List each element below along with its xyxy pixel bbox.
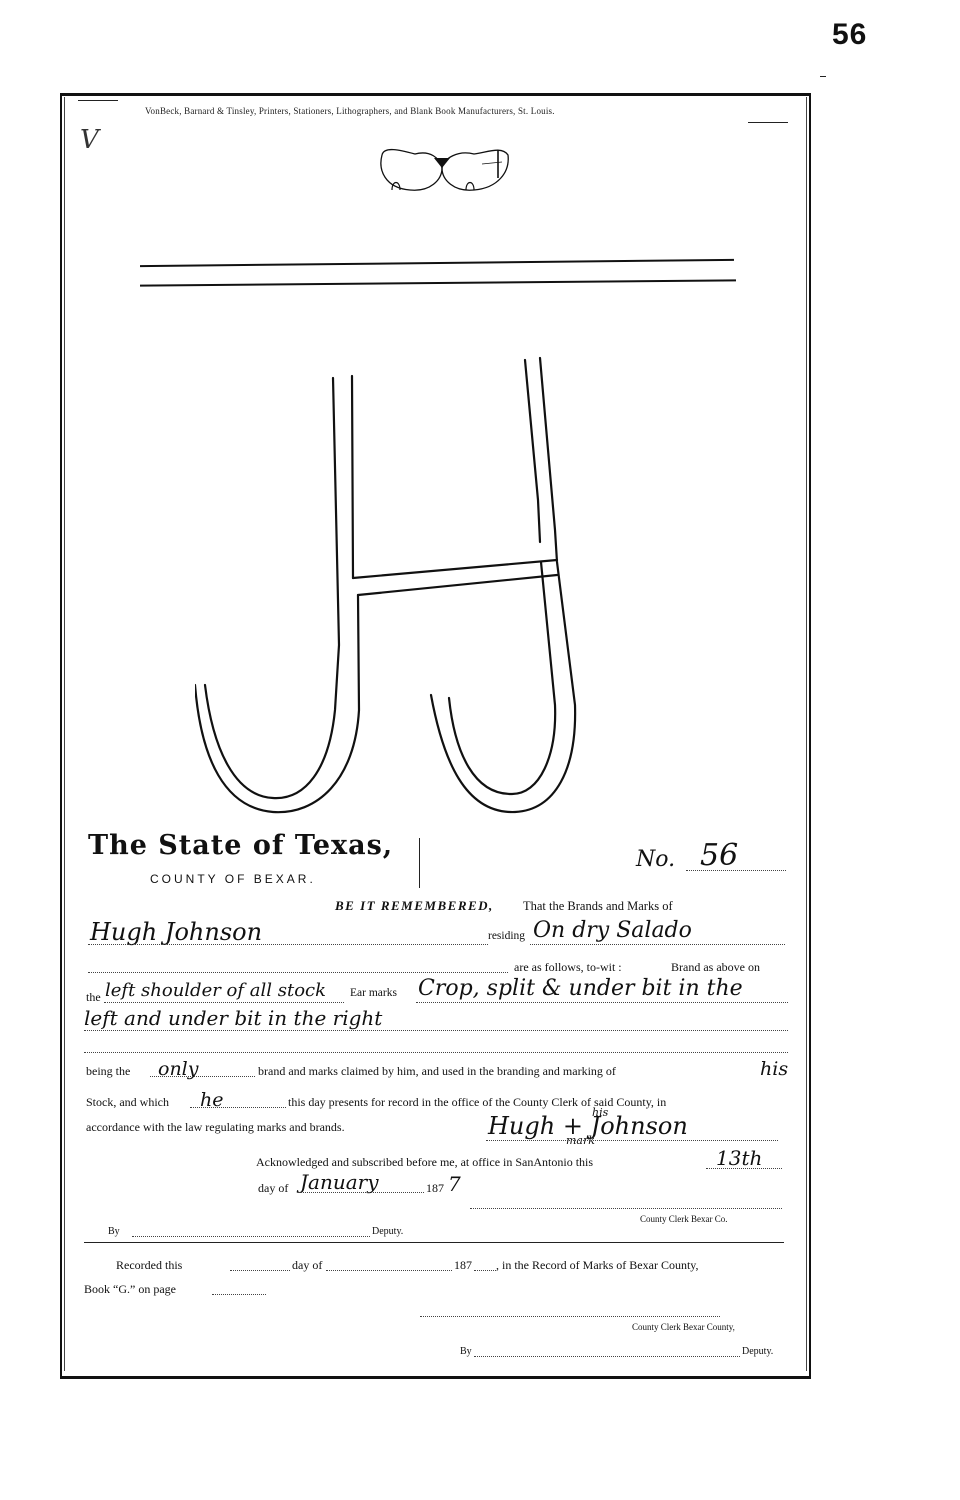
brand-as-above-on: Brand as above on	[671, 960, 760, 975]
record-text: , in the Record of Marks of Bexar County…	[496, 1258, 699, 1273]
county-clerk-label: County Clerk Bexar County,	[632, 1322, 735, 1332]
recorded-day-of-label: day of	[292, 1258, 322, 1273]
deputy-label-2: Deputy.	[742, 1346, 773, 1357]
residing-field: On dry Salado	[533, 918, 692, 943]
acknowledged-text: Acknowledged and subscribed before me, a…	[256, 1155, 593, 1170]
his-field: his	[760, 1058, 788, 1080]
year-field: 7	[448, 1172, 461, 1196]
record-number-value: 56	[700, 838, 738, 873]
accordance-text: accordance with the law regulating marks…	[86, 1120, 345, 1135]
month-line	[298, 1192, 424, 1193]
brand-claimed-text: brand and marks claimed by him, and used…	[258, 1064, 616, 1079]
deputy-label: Deputy.	[372, 1226, 403, 1237]
residing-label: residing	[488, 930, 525, 942]
page-number: 56	[832, 18, 867, 52]
residing-line	[530, 944, 785, 945]
owner-name-field: Hugh Johnson	[90, 918, 262, 946]
record-number-label: No.	[636, 847, 675, 872]
state-title: The State of Texas,	[88, 830, 393, 861]
earmark-diagram-icon	[370, 140, 520, 200]
recorded-year-prefix: 187	[454, 1258, 472, 1273]
blank-line	[88, 972, 508, 973]
signature-line	[486, 1140, 778, 1141]
page-line	[212, 1294, 266, 1295]
county-label: COUNTY OF BEXAR.	[150, 872, 316, 886]
section-divider	[84, 1242, 784, 1243]
deputy-line-2	[474, 1356, 740, 1357]
top-rule	[78, 100, 118, 101]
brand-location-line	[104, 1002, 344, 1003]
month-field: January	[300, 1170, 379, 1194]
brand-location-field: left shoulder of all stock	[105, 980, 326, 1001]
day-of-label: day of	[258, 1181, 288, 1196]
by-label: By	[108, 1226, 120, 1237]
ear-marks-line-1	[416, 1002, 788, 1003]
cattle-brand-icon	[195, 350, 595, 820]
clerk-label: County Clerk Bexar Co.	[640, 1214, 728, 1224]
recorded-month-line	[326, 1270, 452, 1271]
ear-marks-line-2	[84, 1030, 788, 1031]
he-line	[190, 1107, 286, 1108]
the-label: the	[86, 990, 101, 1005]
day-line	[706, 1168, 782, 1169]
day-field: 13th	[716, 1146, 762, 1170]
presents-text: this day presents for record in the offi…	[288, 1095, 666, 1110]
ear-marks-label: Ear marks	[350, 987, 397, 999]
check-mark: V	[80, 125, 99, 155]
year-prefix: 187	[426, 1181, 444, 1196]
top-rule	[748, 122, 788, 123]
stock-and-which-label: Stock, and which	[86, 1095, 169, 1110]
printer-imprint: VonBeck, Barnard & Tinsley, Printers, St…	[145, 106, 555, 116]
recorded-this-label: Recorded this	[116, 1258, 182, 1273]
deputy-line	[132, 1236, 370, 1237]
only-line	[150, 1076, 255, 1077]
recorded-year-line	[474, 1270, 496, 1271]
are-as-follows: are as follows, to-wit :	[514, 960, 622, 975]
bracket-divider	[415, 838, 420, 888]
signature-his: his	[592, 1106, 608, 1119]
ear-marks-field-2: left and under bit in the right	[84, 1006, 382, 1030]
being-the-label: being the	[86, 1064, 130, 1079]
brands-and-marks-of: That the Brands and Marks of	[523, 899, 673, 914]
owner-name-line	[88, 944, 488, 945]
county-clerk-signature-line	[420, 1316, 720, 1317]
book-text: Book “G.” on page	[84, 1282, 176, 1297]
by-label-2: By	[460, 1346, 472, 1357]
be-it-remembered: BE IT REMEMBERED,	[335, 898, 494, 914]
ear-marks-field-1: Crop, split & under bit in the	[418, 976, 743, 1001]
recorded-day-line	[230, 1270, 290, 1271]
record-number-line	[686, 870, 786, 871]
margin-tick	[820, 76, 826, 77]
blank-line	[84, 1052, 788, 1053]
clerk-signature-line	[470, 1208, 782, 1209]
